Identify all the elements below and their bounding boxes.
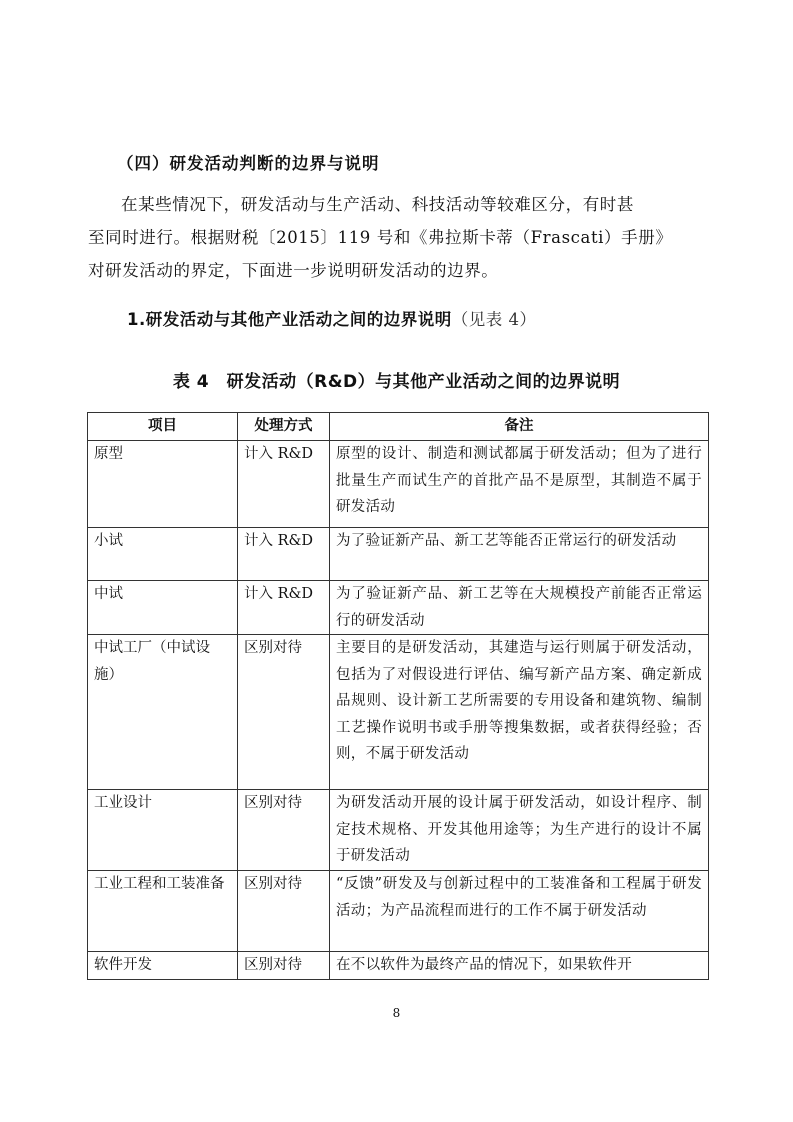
intro-line: 对研发活动的界定，下面进一步说明研发活动的边界。 xyxy=(88,254,708,287)
cell-note: “反馈”研发及与创新过程中的工装准备和工程属于研发活动；为产品流程而进行的工作不… xyxy=(330,871,709,952)
cell-note: 主要目的是研发活动，其建造与运行则属于研发活动，包括为了对假设进行评估、编写新产… xyxy=(330,635,709,790)
cell-note: 为了验证新产品、新工艺等能否正常运行的研发活动 xyxy=(330,528,709,581)
table-reference: （见表 4） xyxy=(452,310,537,329)
cell-item: 原型 xyxy=(88,441,238,528)
sub-heading: 1.研发活动与其他产业活动之间的边界说明（见表 4） xyxy=(127,306,537,330)
cell-treatment: 区别对待 xyxy=(238,790,330,871)
table-row: 小试 计入 R&D 为了验证新产品、新工艺等能否正常运行的研发活动 xyxy=(88,528,709,581)
cell-note: 原型的设计、制造和测试都属于研发活动；但为了进行批量生产而试生产的首批产品不是原… xyxy=(330,441,709,528)
intro-line: 至同时进行。根据财税〔2015〕119 号和《弗拉斯卡蒂（Frascati）手册… xyxy=(88,221,708,254)
column-header-treatment: 处理方式 xyxy=(238,413,330,441)
table-header-row: 项目 处理方式 备注 xyxy=(88,413,709,441)
boundary-table: 项目 处理方式 备注 原型 计入 R&D 原型的设计、制造和测试都属于研发活动；… xyxy=(87,412,709,980)
intro-line: 在某些情况下，研发活动与生产活动、科技活动等较难区分，有时甚 xyxy=(88,188,708,221)
cell-note: 为了验证新产品、新工艺等在大规模投产前能否正常运行的研发活动 xyxy=(330,581,709,635)
table-row: 中试 计入 R&D 为了验证新产品、新工艺等在大规模投产前能否正常运行的研发活动 xyxy=(88,581,709,635)
column-header-note: 备注 xyxy=(330,413,709,441)
cell-note: 为研发活动开展的设计属于研发活动，如设计程序、制定技术规格、开发其他用途等；为生… xyxy=(330,790,709,871)
table-row: 工业工程和工装准备 区别对待 “反馈”研发及与创新过程中的工装准备和工程属于研发… xyxy=(88,871,709,952)
table-row: 软件开发 区别对待 在不以软件为最终产品的情况下，如果软件开 xyxy=(88,952,709,980)
table-caption: 表 4 研发活动（R&D）与其他产业活动之间的边界说明 xyxy=(0,367,793,392)
cell-treatment: 计入 R&D xyxy=(238,528,330,581)
sub-heading-number: 1. xyxy=(127,310,146,329)
cell-treatment: 计入 R&D xyxy=(238,441,330,528)
cell-item: 工业设计 xyxy=(88,790,238,871)
cell-treatment: 区别对待 xyxy=(238,635,330,790)
table-row: 原型 计入 R&D 原型的设计、制造和测试都属于研发活动；但为了进行批量生产而试… xyxy=(88,441,709,528)
cell-treatment: 区别对待 xyxy=(238,871,330,952)
section-heading: （四）研发活动判断的边界与说明 xyxy=(117,150,380,174)
cell-treatment: 计入 R&D xyxy=(238,581,330,635)
cell-item: 工业工程和工装准备 xyxy=(88,871,238,952)
sub-heading-text: 研发活动与其他产业活动之间的边界说明 xyxy=(146,310,452,329)
table-row: 工业设计 区别对待 为研发活动开展的设计属于研发活动，如设计程序、制定技术规格、… xyxy=(88,790,709,871)
cell-item: 小试 xyxy=(88,528,238,581)
cell-treatment: 区别对待 xyxy=(238,952,330,980)
intro-paragraph: 在某些情况下，研发活动与生产活动、科技活动等较难区分，有时甚 至同时进行。根据财… xyxy=(88,188,708,287)
page-number: 8 xyxy=(0,1006,793,1020)
table-row: 中试工厂（中试设施） 区别对待 主要目的是研发活动，其建造与运行则属于研发活动，… xyxy=(88,635,709,790)
cell-item: 中试 xyxy=(88,581,238,635)
cell-note: 在不以软件为最终产品的情况下，如果软件开 xyxy=(330,952,709,980)
column-header-item: 项目 xyxy=(88,413,238,441)
cell-item: 中试工厂（中试设施） xyxy=(88,635,238,790)
cell-item: 软件开发 xyxy=(88,952,238,980)
